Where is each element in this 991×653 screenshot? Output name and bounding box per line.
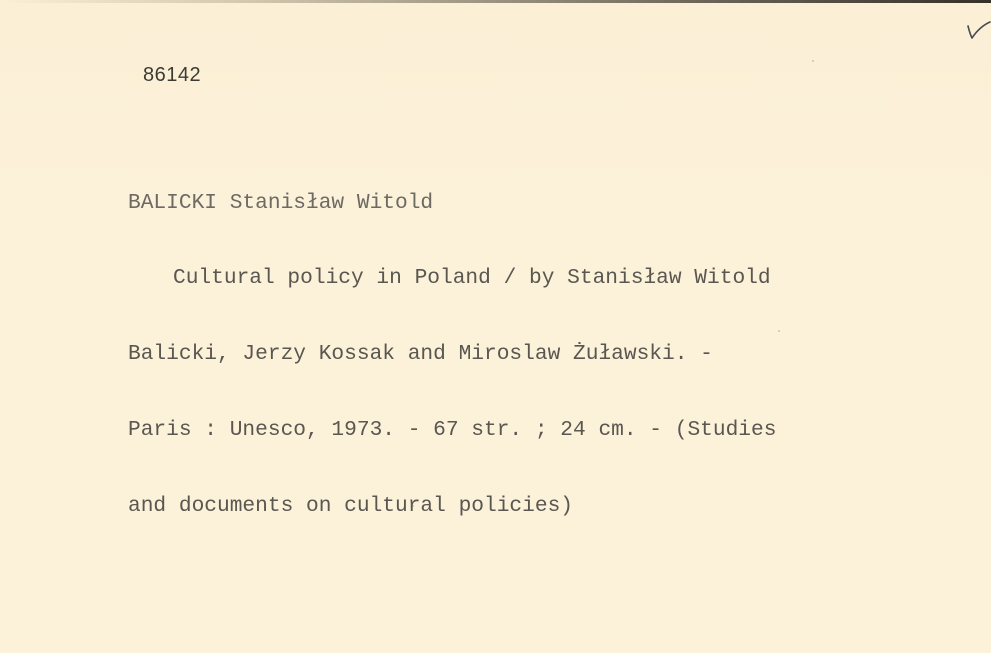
catalog-card: 86142 BALICKI Stanisław Witold Cultural … — [0, 0, 991, 653]
bibliographic-entry: BALICKI Stanisław Witold Cultural policy… — [128, 140, 776, 570]
handwritten-check-icon — [966, 20, 991, 42]
imprint-line: Paris : Unesco, 1973. - 67 str. ; 24 cm.… — [128, 418, 776, 443]
paper-speck — [412, 505, 414, 507]
card-top-edge — [0, 0, 991, 3]
title-line: Cultural policy in Poland / by Stanisław… — [128, 266, 776, 291]
authors-line: Balicki, Jerzy Kossak and Miroslaw Żuław… — [128, 342, 776, 367]
accession-number: 86142 — [143, 64, 201, 87]
author-heading: BALICKI Stanisław Witold — [128, 191, 776, 216]
paper-speck — [778, 330, 780, 332]
series-line: and documents on cultural policies) — [128, 494, 776, 519]
paper-speck — [812, 60, 814, 62]
